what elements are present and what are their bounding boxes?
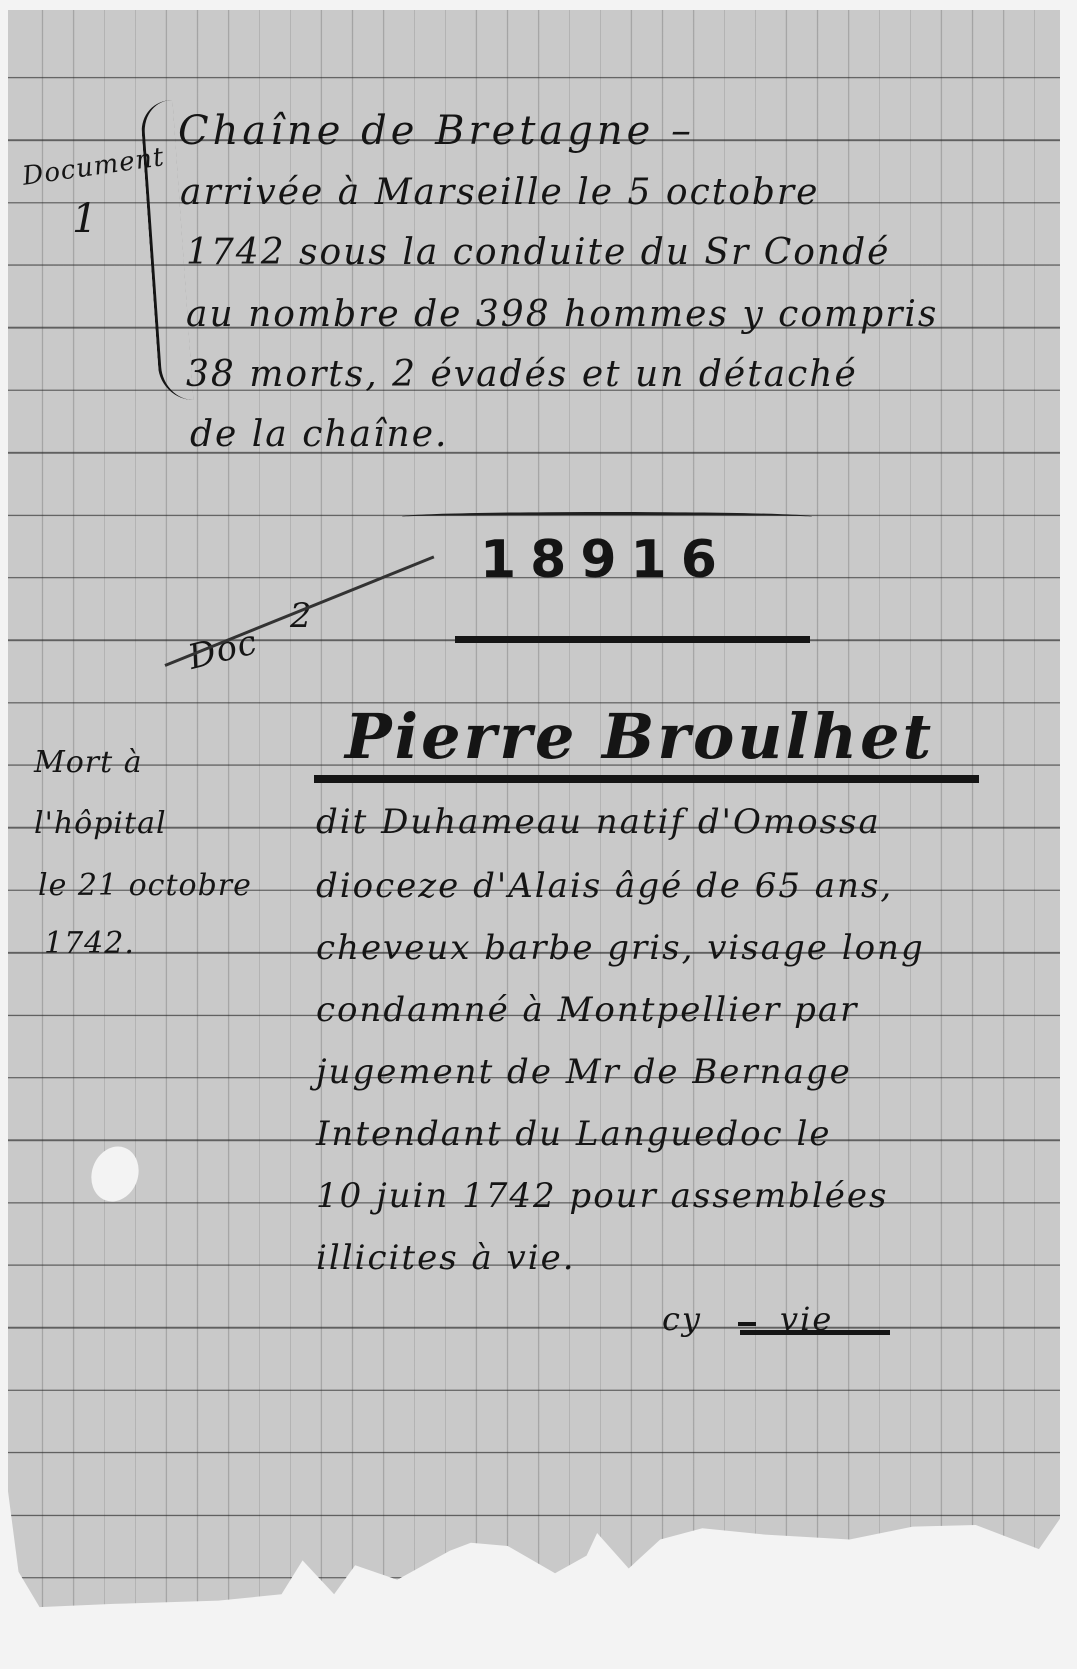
death-note-line: 1742. xyxy=(44,926,135,961)
header-line: 1742 sous la conduite du Sr Condé xyxy=(186,232,890,273)
sentence-underline xyxy=(740,1330,890,1335)
margin-note-document-number: 1 xyxy=(72,196,98,242)
entry-line: dit Duhameau natif d'Omossa xyxy=(316,802,881,842)
death-note-line: Mort à xyxy=(34,745,143,780)
header-line: 38 morts, 2 évadés et un détaché xyxy=(186,354,858,395)
register-number: 18916 xyxy=(480,530,731,590)
death-note-line: l'hôpital xyxy=(34,806,167,841)
header-line: au nombre de 398 hommes y compris xyxy=(186,294,938,335)
margin-note-doc2-number: 2 xyxy=(290,596,313,636)
header-line: de la chaîne. xyxy=(190,414,448,455)
entry-line: condamné à Montpellier par xyxy=(316,990,858,1030)
header-line: Chaîne de Bretagne – xyxy=(178,108,695,154)
convict-name: Pierre Broulhet xyxy=(345,700,934,773)
sentence-prefix: cy xyxy=(662,1300,702,1338)
entry-line: dioceze d'Alais âgé de 65 ans, xyxy=(316,866,893,906)
sentence-dash xyxy=(738,1322,756,1326)
death-note-line: le 21 octobre xyxy=(38,868,252,903)
separator-wavy-line xyxy=(402,512,812,521)
entry-line: illicites à vie. xyxy=(316,1238,576,1278)
header-line: arrivée à Marseille le 5 octobre xyxy=(180,172,819,213)
entry-line: cheveux barbe gris, visage long xyxy=(316,928,925,968)
register-number-underline xyxy=(455,636,810,643)
entry-line: 10 juin 1742 pour assemblées xyxy=(316,1176,888,1216)
entry-line: Intendant du Languedoc le xyxy=(316,1114,832,1154)
entry-line: jugement de Mr de Bernage xyxy=(316,1052,852,1092)
convict-name-underline xyxy=(314,775,979,783)
